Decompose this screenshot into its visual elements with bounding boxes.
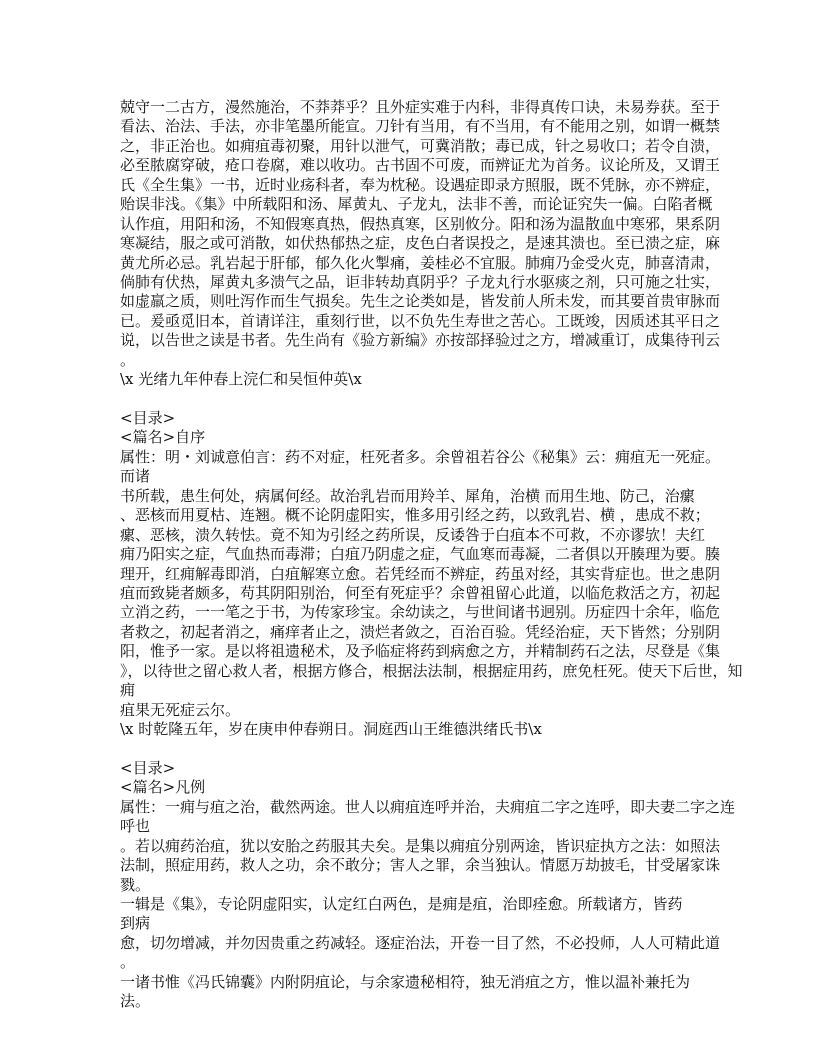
blank-line	[120, 739, 700, 758]
signature-line: \x 光绪九年仲春上浣仁和吴恒仲英\x	[120, 370, 700, 389]
text-line: 。	[120, 953, 700, 972]
text-line: 者救之，初起者消之，痛痒者止之，溃烂者敛之，百治百验。凭经治症，天下皆然；分别阴	[120, 623, 700, 642]
text-line: 戮。	[120, 876, 700, 895]
text-line: 属性：一痈与疽之治，截然两途。世人以痈疽连呼并治，夫痈疽二字之连呼，即夫妻二字之…	[120, 798, 700, 817]
text-line: 必至脓腐穿破，疮口卷腐，难以收功。古书固不可废，而辨证尤为首务。议论所及，又谓王	[120, 156, 700, 175]
text-line: 理开，红痈解毒即消，白疽解寒立愈。若凭经而不辨症，药虽对经，其实背症也。世之患阴	[120, 565, 700, 584]
text-line: 。若以痈药治疽，犹以安胎之药服其夫矣。是集以痈疽分别两途，皆识症执方之法：如照法	[120, 837, 700, 856]
text-line: 如虚羸之质，则吐泻作而生气损矣。先生之论类如是，皆发前人所未发，而其要首贵审脉而	[120, 292, 700, 311]
signature-line: \x 时乾隆五年，岁在庚申仲春朔日。洞庭西山王维德洪绪氏书\x	[120, 720, 700, 739]
section-self-preface: <目录> <篇名>自序 属性：明・刘诚意伯言：药不对症，枉死者多。余曾祖若谷公《…	[120, 409, 700, 739]
text-line: 而诸	[120, 467, 700, 486]
text-line: 属性：明・刘诚意伯言：药不对症，枉死者多。余曾祖若谷公《秘集》云：痈疽无一死症。	[120, 448, 700, 467]
section-title: <篇名>自序	[120, 428, 700, 447]
text-line: 法。	[120, 992, 700, 1011]
text-line: 疽果无死症云尔。	[120, 701, 700, 720]
text-line: 一辑是《集》，专论阴虚阳实，认定红白两色，是痈是疽，治即痊愈。所载诸方，皆药	[120, 895, 700, 914]
text-line: 认作疽，用阳和汤，不知假寒真热，假热真寒，区别攸分。阳和汤为温散血中寒邪，果系阴	[120, 215, 700, 234]
text-line: 痈乃阳实之症，气血热而毒滞；白疽乃阴虚之症，气血寒而毒凝，二者俱以开腠理为要。腠	[120, 545, 700, 564]
text-line: 一诸书惟《冯氏锦囊》内附阴疽论，与余家遗秘相符，独无消疽之方，惟以温补兼托为	[120, 973, 700, 992]
text-line: 到病	[120, 914, 700, 933]
text-line: 、恶核而用夏枯、连翘。概不论阴虚阳实，惟多用引经之药，以致乳岩、横 ，患成不救；	[120, 506, 700, 525]
toc-marker: <目录>	[120, 409, 700, 428]
text-line: 立消之药，一一笔之于书，为传家珍宝。余幼读之，与世间诸书迥别。历症四十余年，临危	[120, 603, 700, 622]
text-line: 书所载，患生何处，病属何经。故治乳岩而用羚羊、犀角，治横 而用生地、防己，治瘰	[120, 487, 700, 506]
section-general-rules: <目录> <篇名>凡例 属性：一痈与疽之治，截然两途。世人以痈疽连呼并治，夫痈疽…	[120, 759, 700, 1012]
text-line: 。	[120, 351, 700, 370]
text-line: 瘰、恶核，溃久转怯。竟不知为引经之药所误，反诿咎于白疽本不可救，不亦谬欤！夫红	[120, 526, 700, 545]
blank-line	[120, 390, 700, 409]
text-line: 黄尤所必忌。乳岩起于肝郁，郁久化火掣痛，姜桂必不宜服。肺痈乃金受火克，肺喜清肃，	[120, 254, 700, 273]
document-page: 兢守一二古方，漫然施治，不莽莽乎？且外症实难于内科，非得真传口诀，未易券获。至于…	[120, 98, 700, 1012]
toc-marker: <目录>	[120, 759, 700, 778]
text-line: 倘肺有伏热，犀黄丸多溃气之品，讵非转劫真阴乎？子龙丸行水驱痰之剂，只可施之壮实，	[120, 273, 700, 292]
text-line: 贻误非浅。《集》中所载阳和汤、犀黄丸、子龙丸，法非不善，而论证究失一偏。白陷者概	[120, 195, 700, 214]
text-line: 愈，切勿增减，并勿因贵重之药减轻。逐症治法，开卷一目了然，不必投师，人人可精此道	[120, 934, 700, 953]
section-title: <篇名>凡例	[120, 778, 700, 797]
text-line: 之，非正治也。如痈疽毒初聚，用针以泄气，可冀消散；毒已成，针之易收口；若令自溃，	[120, 137, 700, 156]
text-line: 法制，照症用药，救人之功，余不敢分；害人之罪，余当独认。情愿万劫披毛，甘受屠家诛	[120, 856, 700, 875]
text-line: 看法、治法、手法，亦非笔墨所能宣。刀针有当用，有不当用，有不能用之别，如谓一概禁	[120, 117, 700, 136]
text-line: 痈	[120, 681, 700, 700]
text-line: 氏《全生集》一书，近时业疡科者，奉为枕秘。设遇症即录方照服，既不凭脉，亦不辨症，	[120, 176, 700, 195]
text-line: 说，以告世之读是书者。先生尚有《验方新编》亦按部择验过之方，增减重订，成集待刊云	[120, 331, 700, 350]
text-line: 阳，惟予一家。是以将祖遗秘术，及予临症将药到病愈之方，并精制药石之法，尽登是《集	[120, 642, 700, 661]
text-line: 寒凝结，服之或可消散，如伏热郁热之症，皮色白者误投之，是速其溃也。至已溃之症，麻	[120, 234, 700, 253]
text-line: 兢守一二古方，漫然施治，不莽莽乎？且外症实难于内科，非得真传口诀，未易券获。至于	[120, 98, 700, 117]
text-line: 》，以待世之留心救人者，根据方修合，根据法法制，根据症用药，庶免枉死。使天下后世…	[120, 662, 700, 681]
text-line: 疽而致毙者颇多，苟其阴阳别治，何至有死症乎？余曾祖留心此道，以临危救活之方，初起	[120, 584, 700, 603]
preface-tail: 兢守一二古方，漫然施治，不莽莽乎？且外症实难于内科，非得真传口诀，未易券获。至于…	[120, 98, 700, 390]
text-line: 已。爰亟觅旧本，首请详注，重刻行世，以不负先生寿世之苦心。工既竣，因质述其平日之	[120, 312, 700, 331]
text-line: 呼也	[120, 817, 700, 836]
